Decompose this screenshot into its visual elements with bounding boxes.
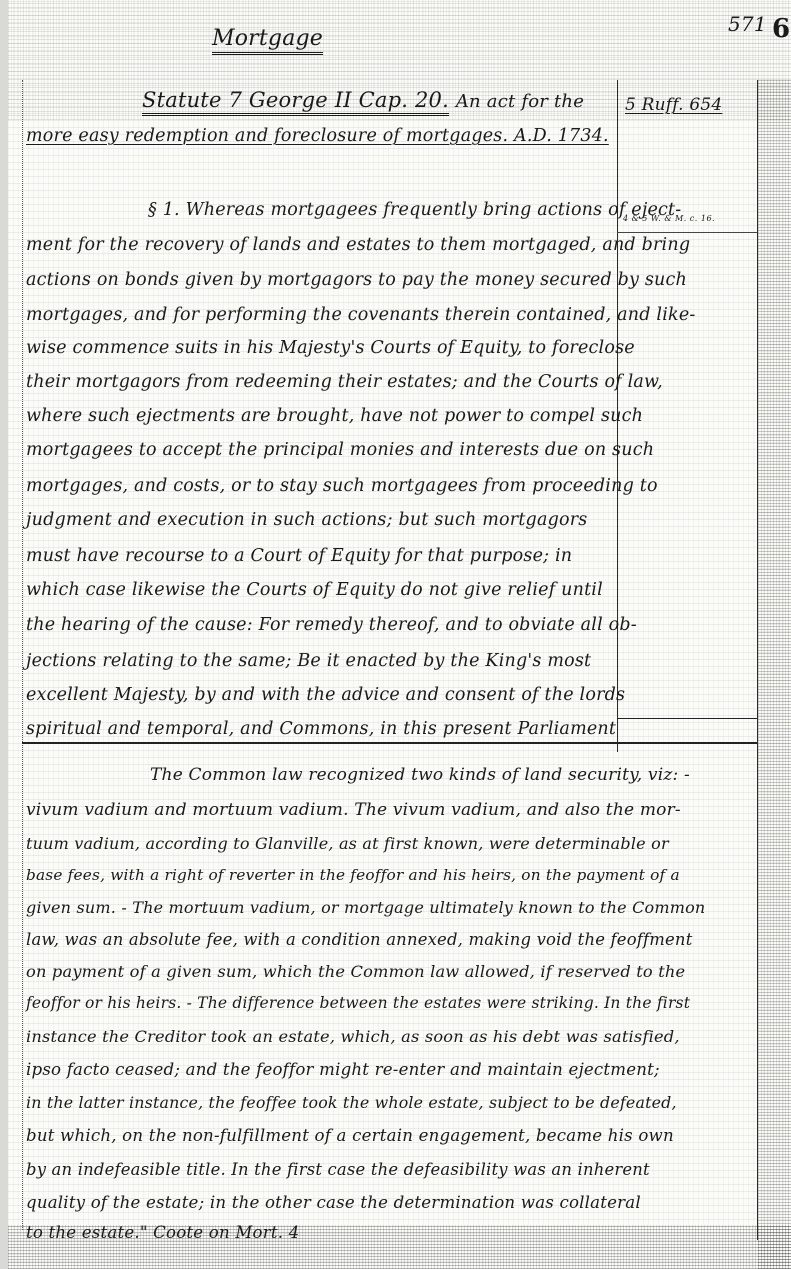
commentary-line: in the latter instance, the feoffee took… [26, 1093, 677, 1112]
statute-line: the hearing of the cause: For remedy the… [26, 615, 637, 635]
commentary-line: ipso facto ceased; and the feoffor might… [26, 1060, 660, 1079]
corner-mark: 6 [772, 14, 790, 44]
margin-citation: 5 Ruff. 654 [625, 95, 722, 115]
statute-line: mortgagees to accept the principal monie… [26, 440, 654, 460]
statute-line: mortgages, and costs, or to stay such mo… [26, 476, 658, 496]
statute-line: judgment and execution in such actions; … [26, 510, 587, 530]
left-dotted-rule [22, 80, 24, 1230]
statute-end-rule [617, 718, 757, 719]
commentary-line: to the estate." Coote on Mort. 4 [26, 1223, 299, 1242]
margin-citation-text: 5 Ruff. 654 [625, 95, 722, 115]
statute-line: excellent Majesty, by and with the advic… [26, 685, 625, 705]
statute-line: their mortgagors from redeeming their es… [26, 372, 663, 392]
statute-line: wise commence suits in his Majesty's Cou… [26, 338, 635, 358]
page-heading: Mortgage [212, 26, 323, 55]
commentary-line: vivum vadium and mortuum vadium. The viv… [26, 800, 681, 820]
commentary-line: quality of the estate; in the other case… [26, 1193, 641, 1212]
commentary-line: feoffor or his heirs. - The difference b… [26, 994, 690, 1012]
commentary-line: but which, on the non-fulfillment of a c… [26, 1126, 674, 1145]
margin-rule-lower [617, 742, 618, 752]
statute-line: ment for the recovery of lands and estat… [26, 235, 690, 255]
statute-title-main: Statute 7 George II Cap. 20. [142, 88, 449, 116]
commentary-line: given sum. - The mortuum vadium, or mort… [26, 898, 705, 917]
statute-title-rest: An act for the [456, 91, 584, 112]
page-number: 571 [728, 12, 767, 36]
margin-note-rule [617, 232, 757, 233]
commentary-line: tuum vadium, according to Glanville, as … [26, 834, 669, 853]
margin-rule-right [757, 80, 758, 1240]
section-divider [22, 742, 757, 744]
statute-title: Statute 7 George II Cap. 20. An act for … [142, 88, 584, 112]
statute-line: actions on bonds given by mortgagors to … [26, 270, 687, 290]
statute-line: spiritual and temporal, and Commons, in … [26, 719, 616, 739]
scan-edge [0, 0, 8, 1269]
commentary-line: on payment of a given sum, which the Com… [26, 962, 685, 981]
commentary-line: law, was an absolute fee, with a conditi… [26, 930, 692, 949]
commentary-line: by an indefeasible title. In the first c… [26, 1160, 650, 1179]
statute-line: where such ejectments are brought, have … [26, 406, 643, 426]
statute-line: which case likewise the Courts of Equity… [26, 580, 603, 600]
statute-line: more easy redemption and foreclosure of … [26, 126, 609, 146]
statute-line: must have recourse to a Court of Equity … [26, 546, 572, 566]
scan-noise-right [758, 80, 791, 1269]
commentary-line: base fees, with a right of reverter in t… [26, 866, 680, 884]
statute-line: § 1. Whereas mortgagees frequently bring… [148, 200, 681, 220]
statute-line: mortgages, and for performing the covena… [26, 305, 696, 325]
commentary-line: The Common law recognized two kinds of l… [150, 765, 690, 785]
statute-line: jections relating to the same; Be it ena… [26, 651, 591, 671]
commentary-line: instance the Creditor took an estate, wh… [26, 1027, 680, 1046]
